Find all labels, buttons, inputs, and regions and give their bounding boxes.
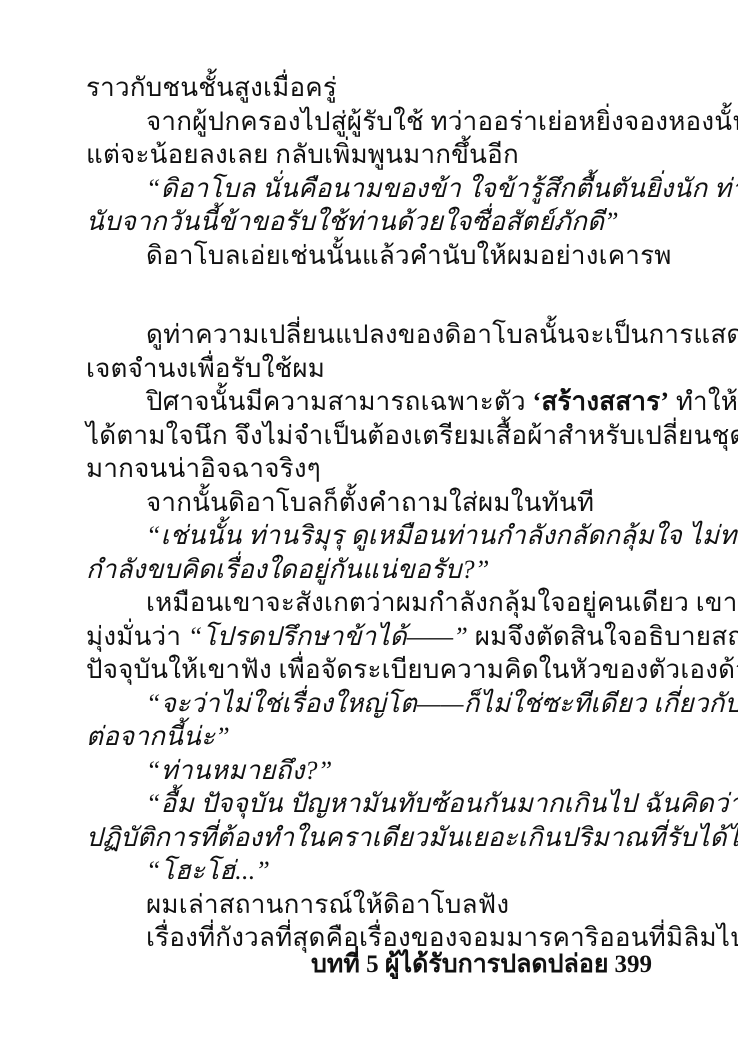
section-break (86, 272, 686, 318)
text-line-dialogue: กำลังขบคิดเรื่องใดอยู่กันแน่ขอรับ?” (86, 553, 686, 587)
text-line: ดิอาโบลเอ่ยเช่นนั้นแล้วคำนับให้ผมอย่างเค… (86, 239, 686, 273)
text-line-dialogue: ปฏิบัติการที่ต้องทำในคราเดียวมันเยอะเกิน… (86, 821, 686, 855)
text-line: มากจนน่าอิจฉาจริงๆ (86, 452, 686, 486)
text-line-dialogue: “จะว่าไม่ใช่เรื่องใหญ่โต——ก็ไม่ใช่ซะทีเด… (86, 687, 686, 721)
text-line: เหมือนเขาจะสังเกตว่าผมกำลังกลุ้มใจอยู่คน… (86, 586, 686, 620)
text-line: มุ่งมั่นว่า “โปรดปรึกษาข้าได้——” ผมจึงตั… (86, 620, 686, 654)
book-page: ราวกับชนชั้นสูงเมื่อครู่ จากผู้ปกครองไปส… (0, 0, 738, 1051)
text-line: แต่จะน้อยลงเลย กลับเพิ่มพูนมากขึ้นอีก (86, 138, 686, 172)
text-line: เจตจำนงเพื่อรับใช้ผม (86, 352, 686, 386)
inline-dialogue-quote: “โปรดปรึกษาข้าได้——” (188, 622, 468, 651)
text-segment: ปิศาจนั้นมีความสามารถเฉพาะตัว (146, 387, 532, 416)
text-line: ดูท่าความเปลี่ยนแปลงของดิอาโบลนั้นจะเป็น… (86, 318, 686, 352)
text-line-dialogue: “เช่นนั้น ท่านริมุรุ ดูเหมือนท่านกำลังกล… (86, 519, 686, 553)
text-line: ได้ตามใจนึก จึงไม่จำเป็นต้องเตรียมเสื้อผ… (86, 419, 686, 453)
text-line: จากผู้ปกครองไปสู่ผู้รับใช้ ทว่าออร่าเย่อ… (86, 105, 686, 139)
text-segment: ทำให้ผลิตเสื้อผ้า (669, 387, 738, 416)
text-line-dialogue: “ท่านหมายถึง?” (86, 754, 686, 788)
text-line-dialogue: “อื้ม ปัจจุบัน ปัญหามันทับซ้อนกันมากเกิน… (86, 787, 686, 821)
chapter-title: บทที่ 5 ผู้ได้รับการปลดปล่อย (308, 951, 611, 978)
skill-name-emphasis: ‘สร้างสสาร’ (532, 387, 669, 416)
text-line: ราวกับชนชั้นสูงเมื่อครู่ (86, 71, 686, 105)
page-footer: บทที่ 5 ผู้ได้รับการปลดปล่อย399 (308, 948, 655, 982)
page-body-text: ราวกับชนชั้นสูงเมื่อครู่ จากผู้ปกครองไปส… (86, 71, 686, 955)
text-segment: มุ่งมั่นว่า (86, 622, 188, 651)
text-segment: ผมจึงตัดสินใจอธิบายสถานการณ์ (468, 622, 738, 651)
text-line: ผมเล่าสถานการณ์ให้ดิอาโบลฟัง (86, 888, 686, 922)
page-number: 399 (612, 951, 656, 978)
text-line: จากนั้นดิอาโบลก็ตั้งคำถามใส่ผมในทันที (86, 486, 686, 520)
text-line: ปัจจุบันให้เขาฟัง เพื่อจัดระเบียบความคิด… (86, 653, 686, 687)
text-line-dialogue: “ดิอาโบล นั่นคือนามของข้า ใจข้ารู้สึกตื้… (86, 172, 686, 206)
text-line-dialogue: “โฮะโฮ่...” (86, 854, 686, 888)
text-line-dialogue: นับจากวันนี้ข้าขอรับใช้ท่านด้วยใจซื่อสัต… (86, 205, 686, 239)
text-line: ปิศาจนั้นมีความสามารถเฉพาะตัว ‘สร้างสสาร… (86, 385, 686, 419)
text-line-dialogue: ต่อจากนี้น่ะ” (86, 720, 686, 754)
